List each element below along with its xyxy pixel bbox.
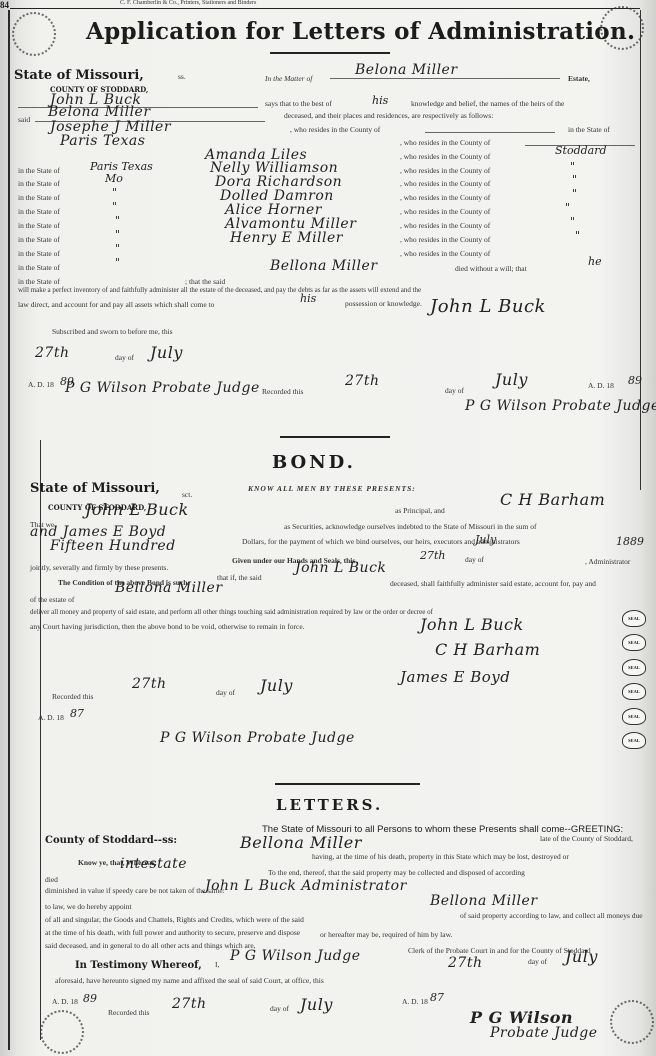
heir-name: Paris Texas	[60, 133, 145, 149]
recorded-label: Recorded this	[52, 692, 93, 701]
bond-recorded-year: 87	[70, 707, 84, 720]
heir-county: "	[572, 173, 577, 186]
given-month: July	[475, 533, 496, 546]
last-state: "	[115, 256, 120, 269]
resides-text: , who resides in the County of	[400, 166, 490, 175]
seal-icon: SEAL	[622, 659, 646, 676]
subscribed-text: Subscribed and sworn to before me, this	[52, 327, 173, 336]
page-number: 84	[0, 0, 9, 10]
to-end-text: To the end, thereof, that the said prope…	[268, 868, 525, 877]
i-label: I,	[215, 960, 219, 969]
day-of-label: day of	[528, 957, 547, 966]
to-law-text: to law, we do hereby appoint	[45, 902, 132, 911]
knowledge-text: knowledge and belief, the names of the h…	[411, 99, 564, 108]
day-of-label: day of	[465, 555, 484, 564]
pronoun-his: his	[300, 292, 316, 305]
frame-border-left	[8, 10, 10, 1050]
title-divider	[270, 52, 390, 54]
surety-one: C H Barham	[500, 490, 605, 509]
in-state-of-label: in the State of	[18, 277, 60, 286]
resides-text: , who resides in the County of	[400, 207, 490, 216]
letters-recorded-day: 27th	[172, 996, 206, 1012]
seal-icon: SEAL	[622, 683, 646, 700]
probate-judge-signature: P G Wilson Probate Judge	[65, 380, 260, 396]
died-text: died without a will; that	[455, 264, 527, 273]
resides-text: , who resides in the County of	[400, 221, 490, 230]
testimony-year: 89	[83, 992, 97, 1005]
day-of-label: day of	[270, 1004, 289, 1013]
inventory-text: will make a perfect inventory of and fai…	[18, 286, 421, 294]
in-state-of-label: in the State of	[18, 179, 60, 188]
bond-judge-signature: P G Wilson Probate Judge	[160, 730, 355, 746]
state-header: State of Missouri,	[14, 68, 144, 83]
says-text: says that to the best of	[265, 99, 332, 108]
heir-county: "	[572, 187, 577, 200]
heir-state: "	[115, 242, 120, 255]
bond-recorded-month: July	[260, 676, 293, 695]
seal-icon: SEAL	[622, 732, 646, 749]
letters-recorded-month: July	[300, 995, 333, 1014]
matter-label: In the Matter of	[265, 74, 312, 83]
ss-label: ss.	[178, 72, 186, 81]
bond-principal: John L Buck	[85, 500, 189, 519]
recorded-label: Recorded this	[262, 387, 303, 396]
deceased-text: deceased, shall faithfully administer sa…	[390, 579, 596, 588]
as-securities-text: as Securities, acknowledge ourselves ind…	[284, 522, 536, 531]
said-label: said	[18, 115, 30, 124]
heir-state: "	[112, 186, 117, 199]
bond-administrator-name: John L Buck	[295, 560, 386, 576]
section-divider	[275, 783, 420, 785]
deceased-name: Belona Miller	[48, 104, 151, 120]
resides-text: , who resides in the County of	[400, 193, 490, 202]
resides-text: , who resides in the County of	[400, 235, 490, 244]
corner-ornament-icon	[12, 12, 56, 56]
in-state-of-label: in the State of	[18, 235, 60, 244]
given-year: 1889	[616, 535, 644, 548]
section-divider	[280, 436, 390, 438]
seal-icon: SEAL	[622, 708, 646, 725]
letters-decedent: Bellona Miller	[240, 833, 362, 852]
bond-title: BOND.	[272, 452, 356, 473]
letters-county-header: County of Stoddard--ss:	[45, 835, 177, 846]
bond-amount: Fifteen Hundred	[50, 538, 176, 554]
collect-text: of said property according to law, and c…	[460, 911, 643, 920]
pronoun: his	[372, 94, 388, 107]
estate-of-label: of the estate of	[30, 595, 74, 604]
given-day: 27th	[420, 549, 446, 562]
appointee: John L Buck Administrator	[205, 878, 407, 894]
ad-label: A. D. 18	[28, 380, 54, 389]
ad-label: A. D. 18	[402, 997, 428, 1006]
in-state-of-label: in the State of	[18, 249, 60, 258]
diminished-text: diminished in value if speedy care be no…	[45, 886, 225, 895]
possession-text: possession or knowledge.	[345, 299, 422, 308]
fill-line	[330, 78, 560, 79]
recorded-year: 89	[628, 374, 642, 387]
recorded-month: July	[495, 370, 528, 389]
sct-label: sct.	[182, 490, 192, 499]
law-text: law direct, and account for and pay all …	[18, 300, 214, 309]
bond-signature-surety-two: James E Boyd	[400, 668, 510, 686]
resides-text: , who resides in the County of	[400, 249, 490, 258]
required-text: or hereafter may be, required of him by …	[320, 930, 452, 939]
heir-state: Mo	[105, 172, 123, 185]
frame-border-right	[640, 10, 641, 490]
heir-county: "	[570, 160, 575, 173]
recorded-judge-signature: P G Wilson Probate Judge	[465, 398, 656, 414]
bond-state-header: State of Missouri,	[30, 481, 160, 496]
in-state-of-label: in the State of	[18, 166, 60, 175]
as-principal-text: as Principal, and	[395, 506, 445, 515]
matter-name: Belona Miller	[355, 62, 458, 78]
corner-ornament-icon	[610, 1000, 654, 1044]
letters-decedent-second: Bellona Miller	[430, 893, 538, 909]
resides-text: , who resides in the County of	[400, 138, 490, 147]
ad-label: A. D. 18	[52, 997, 78, 1006]
seal-icon: SEAL	[622, 610, 646, 627]
page-title: Application for Letters of Administratio…	[86, 18, 635, 45]
heir-name: Henry E Miller	[230, 230, 343, 246]
died-label: died	[45, 875, 58, 884]
testimony-heading: In Testimony Whereof,	[75, 960, 202, 971]
day-of-label: day of	[445, 386, 464, 395]
ad-label: A. D. 18	[38, 713, 64, 722]
in-state-of-label: in the State of	[18, 221, 60, 230]
bond-signature-principal: John L Buck	[420, 615, 524, 634]
fill-line	[425, 132, 555, 133]
bond-signature-surety-one: C H Barham	[435, 640, 540, 659]
testimony-month: July	[565, 947, 598, 966]
having-text: having, at the time of his death, proper…	[312, 852, 569, 861]
document-page: 84 C. F. Chamberlin & Co., Printers, Sta…	[0, 0, 656, 1056]
resides-text: , who resides in the County of	[290, 125, 380, 134]
printer-imprint: C. F. Chamberlin & Co., Printers, Statio…	[120, 0, 256, 6]
deliver-text: deliver all money and property of said e…	[30, 608, 433, 616]
jointly-text: jointly, severally and firmly by these p…	[30, 563, 168, 572]
ad-label: A. D. 18	[588, 381, 614, 390]
he-pronoun: he	[588, 255, 602, 268]
frame-border-top	[10, 8, 640, 9]
in-state-of-label: in the State of	[18, 193, 60, 202]
clerk-text: Clerk of the Probate Court in and for th…	[408, 946, 591, 955]
applicant-signature: John L Buck	[430, 296, 546, 317]
heir-state: "	[115, 214, 120, 227]
letters-title: LETTERS.	[276, 796, 383, 814]
late-of-text: late of the County of Stoddard,	[540, 834, 633, 843]
bond-recorded-day: 27th	[132, 676, 166, 692]
testimony-day: 27th	[448, 955, 482, 971]
heir-county: "	[575, 229, 580, 242]
that-if-text: that if, the said	[217, 573, 262, 582]
in-state-of-label: in the State of	[18, 207, 60, 216]
sworn-day: 27th	[35, 345, 69, 361]
final-judge-title: Probate Judge	[490, 1025, 598, 1041]
in-state-of-label: in the State of	[568, 125, 610, 134]
aforesaid-text: aforesaid, have hereunto signed my name …	[55, 976, 324, 985]
goods-text: of all and singular, the Goods and Chatt…	[45, 915, 304, 924]
letters-recorded-year: 87	[430, 991, 444, 1004]
recorded-day: 27th	[345, 373, 379, 389]
deceased-text: deceased, and their places and residence…	[284, 111, 493, 120]
intestate-value: intestate	[120, 856, 187, 872]
clerk-name: P G Wilson Judge	[230, 948, 361, 964]
heir-county: "	[570, 215, 575, 228]
heir-state: "	[115, 228, 120, 241]
resides-text: , who resides in the County of	[400, 179, 490, 188]
corner-ornament-icon	[40, 1010, 84, 1054]
seal-icon: SEAL	[622, 634, 646, 651]
at-time-text: at the time of his death, with full powe…	[45, 928, 300, 937]
sworn-month: July	[150, 343, 183, 362]
day-of-label: day of	[216, 688, 235, 697]
heir-county: "	[565, 201, 570, 214]
estate-label: Estate,	[568, 74, 590, 83]
resides-text: , who resides in the County of	[400, 152, 490, 161]
know-all-men: KNOW ALL MEN BY THESE PRESENTS:	[248, 484, 416, 493]
recorded-label: Recorded this	[108, 1008, 149, 1017]
heir-county: Stoddard	[555, 144, 607, 157]
day-of-label: day of	[115, 353, 134, 362]
that-said-text: ; that the said	[185, 277, 225, 286]
in-state-of-label: in the State of	[18, 263, 60, 272]
court-text: any Court having jurisdiction, then the …	[30, 622, 305, 631]
bond-estate-name: Bellona Miller	[115, 580, 223, 596]
decedent-name: Bellona Miller	[270, 258, 378, 274]
heir-state: "	[112, 200, 117, 213]
administrator-label: , Administrator	[585, 557, 630, 566]
said-deceased-text: said deceased, and in general to do all …	[45, 941, 256, 950]
